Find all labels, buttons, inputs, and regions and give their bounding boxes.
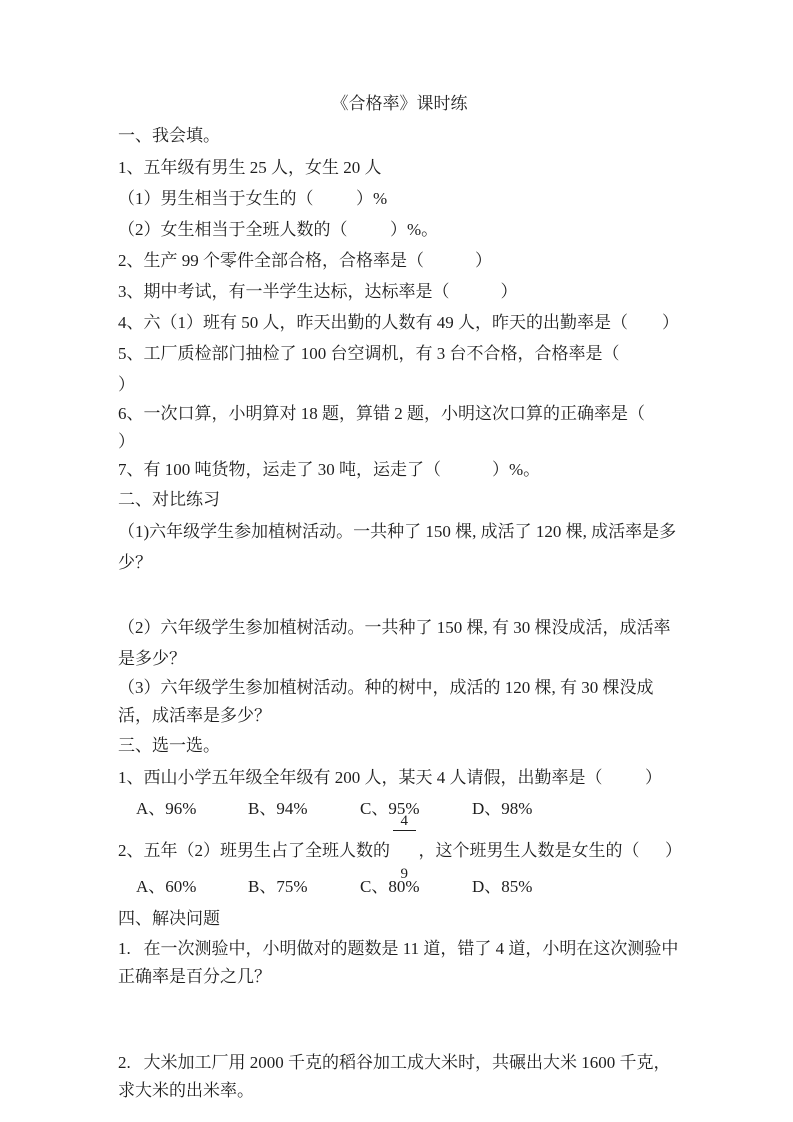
worksheet-page: 《合格率》课时练 一、我会填。 1、五年级有男生 25 人，女生 20 人 （1… — [0, 0, 793, 1122]
answer-space-3 — [118, 1025, 681, 1049]
option-b: B、75% — [248, 871, 360, 903]
option-c: C、80% — [360, 871, 472, 903]
choice-question-2-options: A、60% B、75% C、80% D、85% — [118, 871, 681, 903]
worksheet-title: 《合格率》课时练 — [118, 88, 681, 120]
answer-space-2 — [118, 991, 681, 1025]
section-3-heading: 三、选一选。 — [118, 730, 681, 762]
choice-question-2-suffix: ，这个班男生人数是女生的（ ） — [419, 836, 683, 861]
choice-question-2: 2、五年（2）班男生占了全班人数的 4 9 ，这个班男生人数是女生的（ ） — [118, 825, 681, 871]
answer-space-1 — [118, 578, 681, 612]
option-a: A、96% — [136, 793, 248, 825]
fraction-numerator: 4 — [393, 813, 416, 831]
fill-item-1-sub-1: （1）男生相当于女生的（ ）% — [118, 183, 681, 214]
compare-item-3: （3）六年级学生参加植树活动。种的树中，成活的 120 棵, 有 30 棵没成活… — [118, 674, 681, 730]
fill-item-3: 3、期中考试，有一半学生达标，达标率是（ ） — [118, 276, 681, 307]
compare-item-1: （1)六年级学生参加植树活动。一共种了 150 棵, 成活了 120 棵, 成活… — [118, 516, 681, 578]
fill-item-1-sub-2: （2）女生相当于全班人数的（ ）%。 — [118, 214, 681, 245]
solve-item-2: 2. 大米加工厂用 2000 千克的稻谷加工成大米时，共碾出大米 1600 千克… — [118, 1049, 681, 1105]
compare-item-2: （2）六年级学生参加植树活动。一共种了 150 棵, 有 30 棵没成活，成活率… — [118, 612, 681, 674]
section-2-heading: 二、对比练习 — [118, 484, 681, 516]
option-b: B、94% — [248, 793, 360, 825]
option-d: D、85% — [472, 871, 584, 903]
fill-item-7: 7、有 100 吨货物，运走了 30 吨，运走了（ ）%。 — [118, 456, 681, 484]
choice-question-2-prefix: 2、五年（2）班男生占了全班人数的 — [118, 836, 390, 861]
option-d: D、98% — [472, 793, 584, 825]
fill-item-6: 6、一次口算，小明算对 18 题，算错 2 题，小明这次口算的正确率是（ ） — [118, 400, 681, 456]
fill-item-4: 4、六（1）班有 50 人，昨天出勤的人数有 49 人，昨天的出勤率是（ ） — [118, 307, 681, 338]
section-1-heading: 一、我会填。 — [118, 120, 681, 152]
solve-item-1: 1. 在一次测验中，小明做对的题数是 11 道，错了 4 道，小明在这次测验中正… — [118, 935, 681, 991]
option-a: A、60% — [136, 871, 248, 903]
fill-item-1: 1、五年级有男生 25 人，女生 20 人 — [118, 152, 681, 183]
option-c: C、95% — [360, 793, 472, 825]
fill-item-5: 5、工厂质检部门抽检了 100 台空调机，有 3 台不合格，合格率是（ ） — [118, 338, 681, 400]
fill-item-2: 2、生产 99 个零件全部合格，合格率是（ ） — [118, 245, 681, 276]
